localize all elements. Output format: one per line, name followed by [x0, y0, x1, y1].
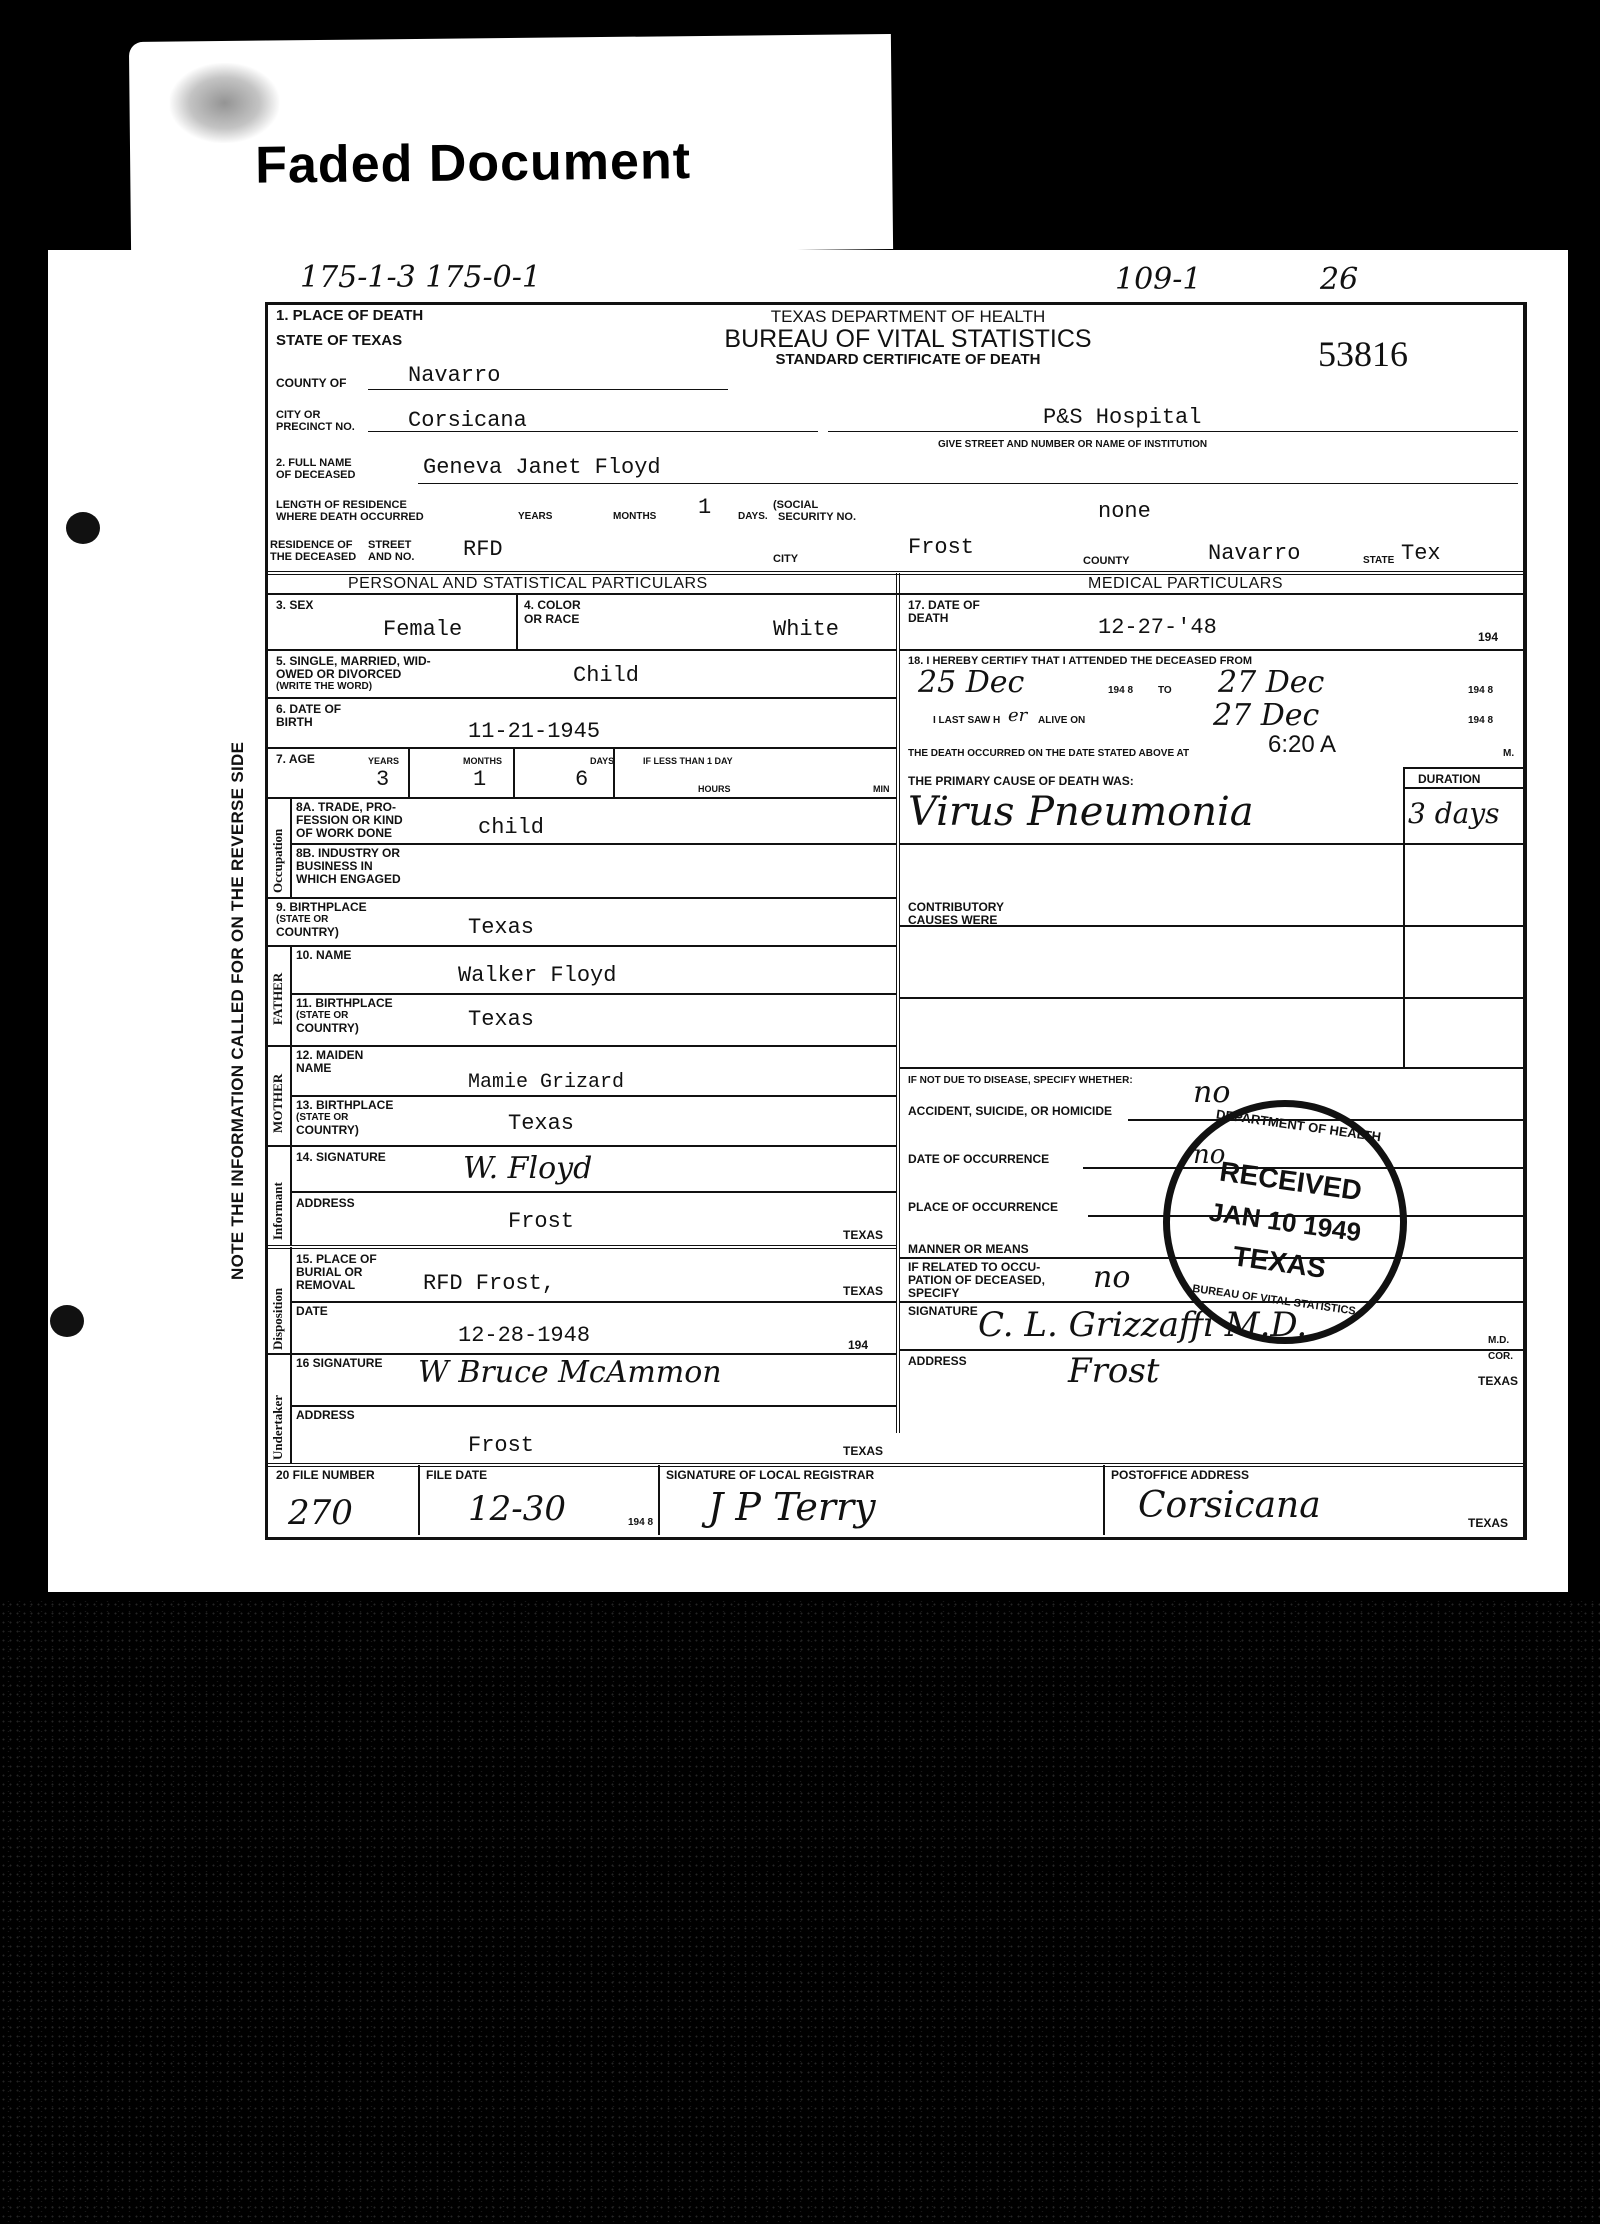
postoffice-label: POSTOFFICE ADDRESS: [1111, 1469, 1249, 1481]
handwritten-index-right-2: 26: [1320, 262, 1358, 297]
coroner-label: COR.: [1488, 1351, 1513, 1363]
last-saw-date: 27 Dec: [1213, 698, 1319, 733]
residence-city-label: CITY: [773, 553, 798, 565]
undertaker-address-label: ADDRESS: [296, 1409, 355, 1421]
sex-value: Female: [383, 617, 462, 642]
trade-value: child: [478, 815, 544, 840]
min-label: MIN: [873, 783, 890, 795]
dob-label-2: BIRTH: [276, 716, 313, 728]
burial-date-label: DATE: [296, 1305, 328, 1317]
marital-label-3: (WRITE THE WORD): [276, 681, 372, 693]
file-number: 270: [288, 1493, 353, 1533]
disposition-group-label: Disposition: [270, 1288, 286, 1350]
ssn-value: none: [1098, 499, 1151, 524]
informant-address: Frost: [508, 1209, 574, 1234]
personal-section-title: PERSONAL AND STATISTICAL PARTICULARS: [348, 575, 708, 593]
bureau-title: BUREAU OF VITAL STATISTICS: [663, 325, 1153, 354]
burial-date: 12-28-1948: [458, 1323, 590, 1348]
age-days: 6: [575, 767, 588, 792]
ssn-label-2: SECURITY NO.: [778, 511, 856, 523]
handwritten-index-right: 109-1: [1115, 262, 1201, 297]
date-occurrence-label: DATE OF OCCURRENCE: [908, 1153, 1049, 1165]
physician-address-label: ADDRESS: [908, 1355, 967, 1367]
burial-label-2: BURIAL OR: [296, 1266, 362, 1278]
county-label: COUNTY OF: [276, 377, 346, 389]
to-label: TO: [1158, 685, 1172, 697]
father-name: Walker Floyd: [458, 963, 616, 988]
file-year: 194 8: [628, 1517, 653, 1529]
file-number-label: 20 FILE NUMBER: [276, 1469, 375, 1481]
occupation-related-label-3: SPECIFY: [908, 1287, 959, 1299]
birthplace-value: Texas: [468, 915, 534, 940]
industry-label-2: BUSINESS IN: [296, 860, 373, 872]
burial-year-prefix: 194: [848, 1339, 868, 1351]
trade-label-1: 8A. TRADE, PRO-: [296, 801, 396, 813]
years-label: YEARS: [518, 511, 552, 523]
occupation-group-label: Occupation: [270, 829, 286, 893]
dob-label-1: 6. DATE OF: [276, 703, 341, 715]
mother-birthplace: Texas: [508, 1111, 574, 1136]
reverse-side-note: NOTE THE INFORMATION CALLED FOR ON THE R…: [228, 742, 248, 1280]
industry-label-1: 8B. INDUSTRY OR: [296, 847, 400, 859]
street-label-2: AND NO.: [368, 551, 414, 563]
informant-group-label: Informant: [270, 1182, 286, 1240]
attended-to: 27 Dec: [1218, 665, 1324, 700]
father-birthplace-label-1: 11. BIRTHPLACE: [296, 997, 393, 1009]
residence-county: Navarro: [1208, 541, 1300, 566]
informant-texas-label: TEXAS: [843, 1229, 883, 1241]
age-years-label: YEARS: [368, 755, 399, 767]
full-name-label-2: OF DECEASED: [276, 469, 355, 481]
residence-street: RFD: [463, 537, 503, 562]
physician-signature-label: SIGNATURE: [908, 1305, 978, 1317]
place-occurrence-label: PLACE OF OCCURRENCE: [908, 1201, 1058, 1213]
registrar-label: SIGNATURE OF LOCAL REGISTRAR: [666, 1469, 874, 1481]
death-certificate-form: 1. PLACE OF DEATH STATE OF TEXAS TEXAS D…: [265, 302, 1527, 1540]
father-group-label: FATHER: [270, 973, 286, 1025]
primary-cause: Virus Pneumonia: [908, 789, 1254, 835]
alive-on-label: ALIVE ON: [1038, 715, 1085, 727]
burial-label-3: REMOVAL: [296, 1279, 355, 1291]
race-label-2: OR RACE: [524, 613, 579, 625]
dept-title: TEXAS DEPARTMENT OF HEALTH: [688, 307, 1128, 327]
mother-name-label-2: NAME: [296, 1062, 331, 1074]
residence-county-label: COUNTY: [1083, 555, 1129, 567]
father-birthplace: Texas: [468, 1007, 534, 1032]
residence-state-label: STATE: [1363, 555, 1394, 567]
punch-hole-bottom: [50, 1305, 84, 1337]
banner-title: Faded Document: [255, 131, 691, 196]
scan-background-noise: [0, 1600, 1600, 2224]
file-date-label: FILE DATE: [426, 1469, 487, 1481]
duration-label: DURATION: [1418, 773, 1480, 785]
dod-year-prefix: 194: [1478, 631, 1498, 643]
m-label: M.: [1503, 748, 1514, 760]
mother-maiden-name: Mamie Grizard: [468, 1071, 624, 1094]
days-label: DAYS.: [738, 511, 768, 523]
residence-days-value: 1: [698, 495, 711, 520]
burial-texas-label: TEXAS: [843, 1285, 883, 1297]
occurred-at-label: THE DEATH OCCURRED ON THE DATE STATED AB…: [908, 748, 1189, 760]
age-label: 7. AGE: [276, 753, 315, 765]
residence-label-1: RESIDENCE OF: [270, 539, 353, 551]
postoffice-texas-label: TEXAS: [1468, 1517, 1508, 1529]
undertaker-signature: W Bruce McAmmon: [418, 1355, 722, 1390]
medical-section-title: MEDICAL PARTICULARS: [1088, 575, 1283, 593]
marital-label-2: OWED OR DIVORCED: [276, 668, 401, 680]
accident-label: ACCIDENT, SUICIDE, OR HOMICIDE: [908, 1105, 1112, 1117]
father-name-label: 10. NAME: [296, 949, 351, 961]
race-label-1: 4. COLOR: [524, 599, 581, 611]
occupation-related-value: no: [1093, 1260, 1130, 1295]
race-value: White: [773, 617, 839, 642]
punch-hole-top: [66, 512, 100, 544]
occupation-related-label-2: PATION OF DECEASED,: [908, 1274, 1045, 1286]
informant-signature: W. Floyd: [463, 1151, 592, 1186]
handwritten-index-left: 175-1-3 175-0-1: [300, 260, 541, 295]
trade-label-3: OF WORK DONE: [296, 827, 392, 839]
ink-smudge: [169, 62, 280, 143]
city-label-1: CITY OR: [276, 409, 320, 421]
informant-address-label: ADDRESS: [296, 1197, 355, 1209]
less-than-day-label: IF LESS THAN 1 DAY: [643, 755, 733, 767]
mother-birthplace-label-3: COUNTRY): [296, 1124, 359, 1136]
last-saw-pronoun: er: [1008, 705, 1027, 726]
ssn-label-1: (SOCIAL: [773, 499, 818, 511]
institution-label: GIVE STREET AND NUMBER OR NAME OF INSTIT…: [938, 439, 1207, 450]
months-label: MONTHS: [613, 511, 656, 523]
birthplace-label-3: COUNTRY): [276, 926, 339, 938]
attended-from: 25 Dec: [918, 665, 1024, 700]
age-days-label: DAYS: [590, 755, 614, 767]
dob-value: 11-21-1945: [468, 719, 600, 744]
marital-label-1: 5. SINGLE, MARRIED, WID-: [276, 655, 431, 667]
county-value: Navarro: [408, 363, 500, 388]
hours-label: HOURS: [698, 783, 731, 795]
place-of-death-label: 1. PLACE OF DEATH: [276, 310, 423, 322]
md-label: M.D.: [1488, 1335, 1509, 1347]
residence-length-label-2: WHERE DEATH OCCURRED: [276, 511, 424, 523]
time-of-death: 6:20 A: [1268, 731, 1336, 759]
certificate-number: 53816: [1318, 333, 1408, 375]
physician-address: Frost: [1068, 1351, 1159, 1391]
sex-label: 3. SEX: [276, 599, 313, 611]
not-disease-label: IF NOT DUE TO DISEASE, SPECIFY WHETHER:: [908, 1075, 1133, 1087]
residence-state: Tex: [1401, 541, 1441, 566]
contributory-label-1: CONTRIBUTORY: [908, 901, 1004, 913]
residence-city: Frost: [908, 535, 974, 560]
undertaker-texas-label: TEXAS: [843, 1445, 883, 1457]
file-date: 12-30: [468, 1489, 566, 1529]
primary-cause-label: THE PRIMARY CAUSE OF DEATH WAS:: [908, 775, 1134, 787]
cause-duration: 3 days: [1408, 797, 1500, 830]
trade-label-2: FESSION OR KIND: [296, 814, 403, 826]
physician-texas-label: TEXAS: [1478, 1375, 1518, 1387]
deceased-name: Geneva Janet Floyd: [423, 455, 661, 480]
street-label-1: STREET: [368, 539, 411, 551]
attended-from-year: 194 8: [1108, 685, 1133, 697]
industry-label-3: WHICH ENGAGED: [296, 873, 401, 885]
mother-group-label: MOTHER: [270, 1074, 286, 1133]
occupation-related-label-1: IF RELATED TO OCCU-: [908, 1261, 1040, 1273]
postoffice-address: Corsicana: [1138, 1485, 1321, 1526]
last-saw-label: I LAST SAW H: [933, 715, 1000, 727]
registrar-signature: J P Terry: [708, 1485, 876, 1529]
informant-signature-label: 14. SIGNATURE: [296, 1151, 386, 1163]
manner-label: MANNER OR MEANS: [908, 1243, 1029, 1255]
attended-to-year: 194 8: [1468, 685, 1493, 697]
last-saw-year: 194 8: [1468, 715, 1493, 727]
undertaker-group-label: Undertaker: [270, 1395, 286, 1460]
dod-label-1: 17. DATE OF: [908, 599, 980, 611]
dod-label-2: DEATH: [908, 612, 948, 624]
city-value: Corsicana: [408, 408, 527, 433]
residence-label-2: THE DECEASED: [270, 551, 356, 563]
undertaker-signature-label: 16 SIGNATURE: [296, 1357, 382, 1369]
father-birthplace-label-3: COUNTRY): [296, 1022, 359, 1034]
burial-place: RFD Frost,: [423, 1271, 555, 1296]
undertaker-address: Frost: [468, 1433, 534, 1458]
age-months-label: MONTHS: [463, 755, 502, 767]
city-label-2: PRECINCT NO.: [276, 421, 355, 433]
mother-name-label-1: 12. MAIDEN: [296, 1049, 363, 1061]
certificate-title: STANDARD CERTIFICATE OF DEATH: [688, 351, 1128, 368]
institution-value: P&S Hospital: [1043, 405, 1201, 430]
date-of-death: 12-27-'48: [1098, 615, 1217, 640]
marital-value: Child: [573, 663, 639, 688]
faded-document-banner: Faded Document: [129, 34, 893, 257]
full-name-label-1: 2. FULL NAME: [276, 457, 352, 469]
state-of-texas-label: STATE OF TEXAS: [276, 335, 402, 347]
age-years: 3: [376, 767, 389, 792]
burial-label-1: 15. PLACE OF: [296, 1253, 377, 1265]
mother-birthplace-label-1: 13. BIRTHPLACE: [296, 1099, 393, 1111]
birthplace-label-1: 9. BIRTHPLACE: [276, 901, 367, 913]
age-months: 1: [473, 767, 486, 792]
residence-length-label-1: LENGTH OF RESIDENCE: [276, 499, 407, 511]
